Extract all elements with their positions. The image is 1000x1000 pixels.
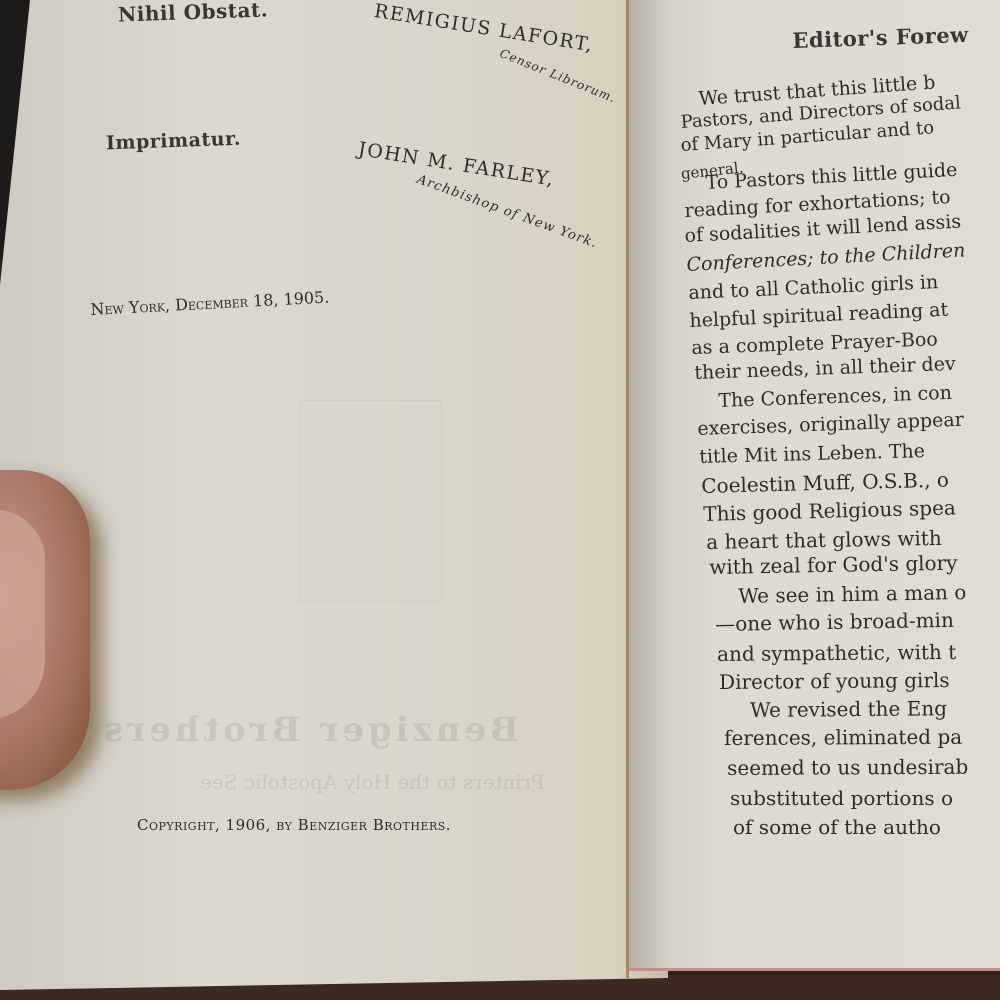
text-line: of some of the autho [733, 815, 941, 839]
text-line: —one who is broad-min [715, 608, 954, 636]
bleed-through-subtitle: Printers to the Holy Apostolic See [200, 770, 545, 794]
censor-name: REMIGIUS LAFORT, [373, 0, 596, 56]
text-line: substituted portions o [730, 786, 953, 810]
copyright-line: Copyright, 1906, by Benziger Brothers. [137, 816, 451, 834]
text-line: ferences, eliminated pa [724, 725, 962, 750]
text-line: seemed to us undesirab [727, 755, 968, 780]
text-line: a heart that glows with [706, 526, 942, 554]
text-line: and sympathetic, with t [717, 640, 956, 666]
book-photo: Benziger Brothers Printers to the Holy A… [0, 0, 1000, 1000]
archbishop-title: Archbishop of New York. [415, 172, 600, 252]
place-date: New York, December 18, 1905. [90, 287, 330, 318]
gutter-shadow [629, 0, 669, 968]
bleed-through-frame [300, 400, 442, 602]
text-line: with zeal for God's glory [709, 551, 958, 579]
text-line: Director of young girls [719, 668, 950, 694]
text-line: We see in him a man o [738, 580, 966, 608]
left-page: Benziger Brothers Printers to the Holy A… [0, 0, 668, 993]
archbishop-name: JOHN M. FARLEY, [357, 138, 557, 191]
text-line: We revised the Eng [750, 696, 947, 722]
bleed-through-publisher: Benziger Brothers [100, 710, 519, 750]
censor-title: Censor Librorum. [498, 46, 618, 105]
imprimatur-label: Imprimatur. [106, 128, 242, 155]
nihil-obstat-label: Nihil Obstat. [118, 0, 269, 27]
